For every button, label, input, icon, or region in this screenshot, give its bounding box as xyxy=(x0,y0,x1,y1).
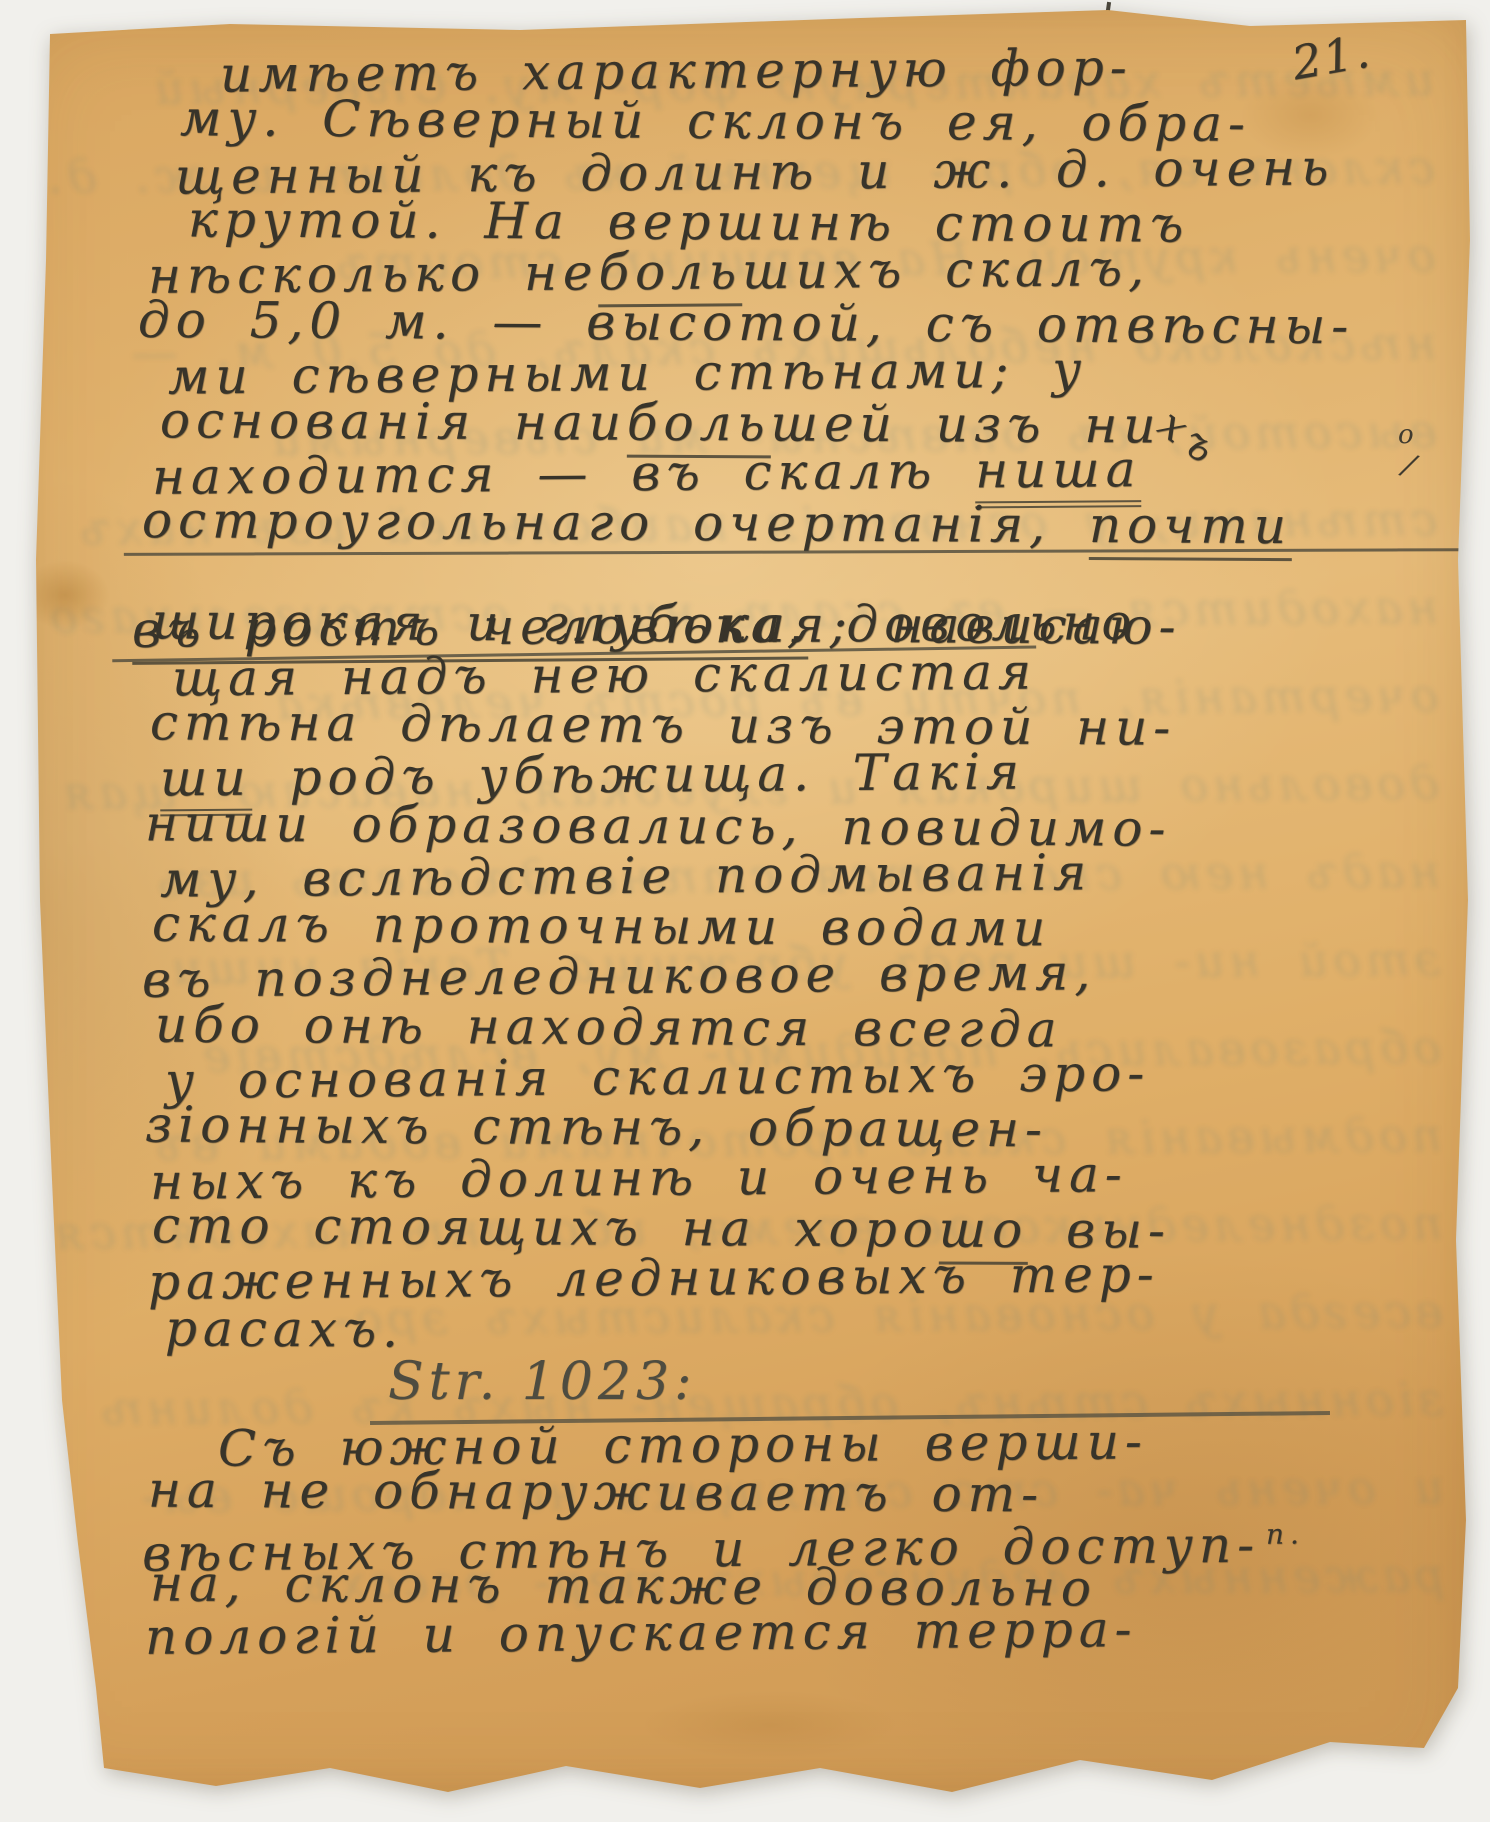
handwritten-segment: п. xyxy=(1266,1509,1305,1559)
handwritten-line: пологій и опускается терра- xyxy=(145,1604,1138,1662)
handwritten-segment: почти xyxy=(1089,496,1292,561)
handwritten-line: раженныхъ ледниковыхъ тер- xyxy=(148,1249,1160,1307)
handwritten-segment: расахъ. xyxy=(165,1299,404,1358)
scanned-manuscript-screenshot: имѣетъ характерную фор- му. Сѣверный скл… xyxy=(0,0,1490,1822)
paper-stain xyxy=(640,1690,900,1760)
manuscript-page: имѣетъ характерную фор- му. Сѣверный скл… xyxy=(0,0,1490,1822)
handwritten-line: на не обнаруживаетъ от- xyxy=(148,1465,1044,1520)
handwritten-segment: шихъ скалъ, xyxy=(742,239,1150,300)
handwritten-paragraph-main: имѣетъ характерную фор-му. Сѣверный скло… xyxy=(0,0,1490,100)
section-heading: Str. 1023: xyxy=(388,1352,697,1412)
margin-annotation: / xyxy=(1399,447,1419,483)
handwritten-line: остроугольнаго очертанія, почти xyxy=(142,495,1490,553)
paper-stain xyxy=(20,560,110,630)
handwritten-segment: пологій и опускается терра- xyxy=(145,1600,1138,1666)
handwritten-segment: основанія наи xyxy=(160,391,627,451)
handwritten-segment: остроугольнаго очертанія, xyxy=(142,491,1089,554)
handwritten-line: расахъ. xyxy=(165,1303,404,1354)
margin-annotation: о xyxy=(1398,420,1414,450)
paper-wrapper: имѣетъ характерную фор- му. Сѣверный скл… xyxy=(0,0,1490,1822)
